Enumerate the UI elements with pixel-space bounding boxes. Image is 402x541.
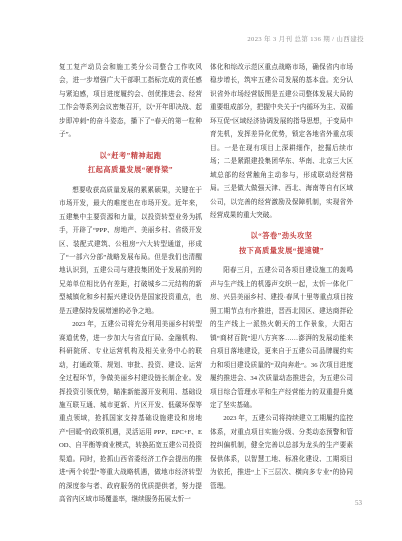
paragraph-spring: 阳春三月，五建公司各项目建设施工的轰鸣声与生产线上的机器声交织一起，太忻一体化厂… <box>210 264 353 412</box>
right-column: 体化和综改示范区重点战略市场，确保省内市场稳步增长，筑牢五建公司发展的基本盘。充… <box>210 61 353 507</box>
magazine-page: 2023 年 3 月刊 总第 136 期 / 山西建投 复工复产动员会和施工类分… <box>0 0 402 541</box>
paragraph-plan-part2: 体化和综改示范区重点战略市场，确保省内市场稳步增长，筑牢五建公司发展的基本盘。充… <box>210 61 353 222</box>
paragraph-monitor: 2023 年，五建公司将持续建立工期履约监控体系，对重点项目实施分级、分类动态预… <box>210 412 353 493</box>
section-heading-line: 扛起高质量发展“硬脊梁” <box>59 163 202 178</box>
section-heading-left: 以“赶考”精神起跑 扛起高质量发展“硬脊梁” <box>59 149 202 178</box>
section-heading-line: 以“赶考”精神起跑 <box>59 149 202 164</box>
paragraph-continuation: 复工复产动员会和施工类分公司整合工作吹风会，进一步增强广大干部职工指标完成的责任… <box>59 61 202 142</box>
running-header: 2023 年 3 月刊 总第 136 期 / 山西建投 <box>247 36 364 44</box>
left-column: 复工复产动员会和施工类分公司整合工作吹风会，进一步增强广大干部职工指标完成的责任… <box>59 61 202 507</box>
paragraph-plan-part1: 2023 年，五建公司将充分利用美丽乡村转型赛道优势，进一步加大与省直厅局、金融… <box>59 318 202 506</box>
section-heading-right: 以“答卷”劲头攻坚 按下高质量发展“提速键” <box>210 229 353 258</box>
paragraph-market: 想要收获高质量发展的累累硕果，关键在于市场开发，最大的难度也在市场开发。近年来，… <box>59 184 202 319</box>
section-heading-line: 按下高质量发展“提速键” <box>210 244 353 259</box>
article-body: 复工复产动员会和施工类分公司整合工作吹风会，进一步增强广大干部职工指标完成的责任… <box>59 61 353 507</box>
page-number: 53 <box>355 499 362 507</box>
section-heading-line: 以“答卷”劲头攻坚 <box>210 229 353 244</box>
